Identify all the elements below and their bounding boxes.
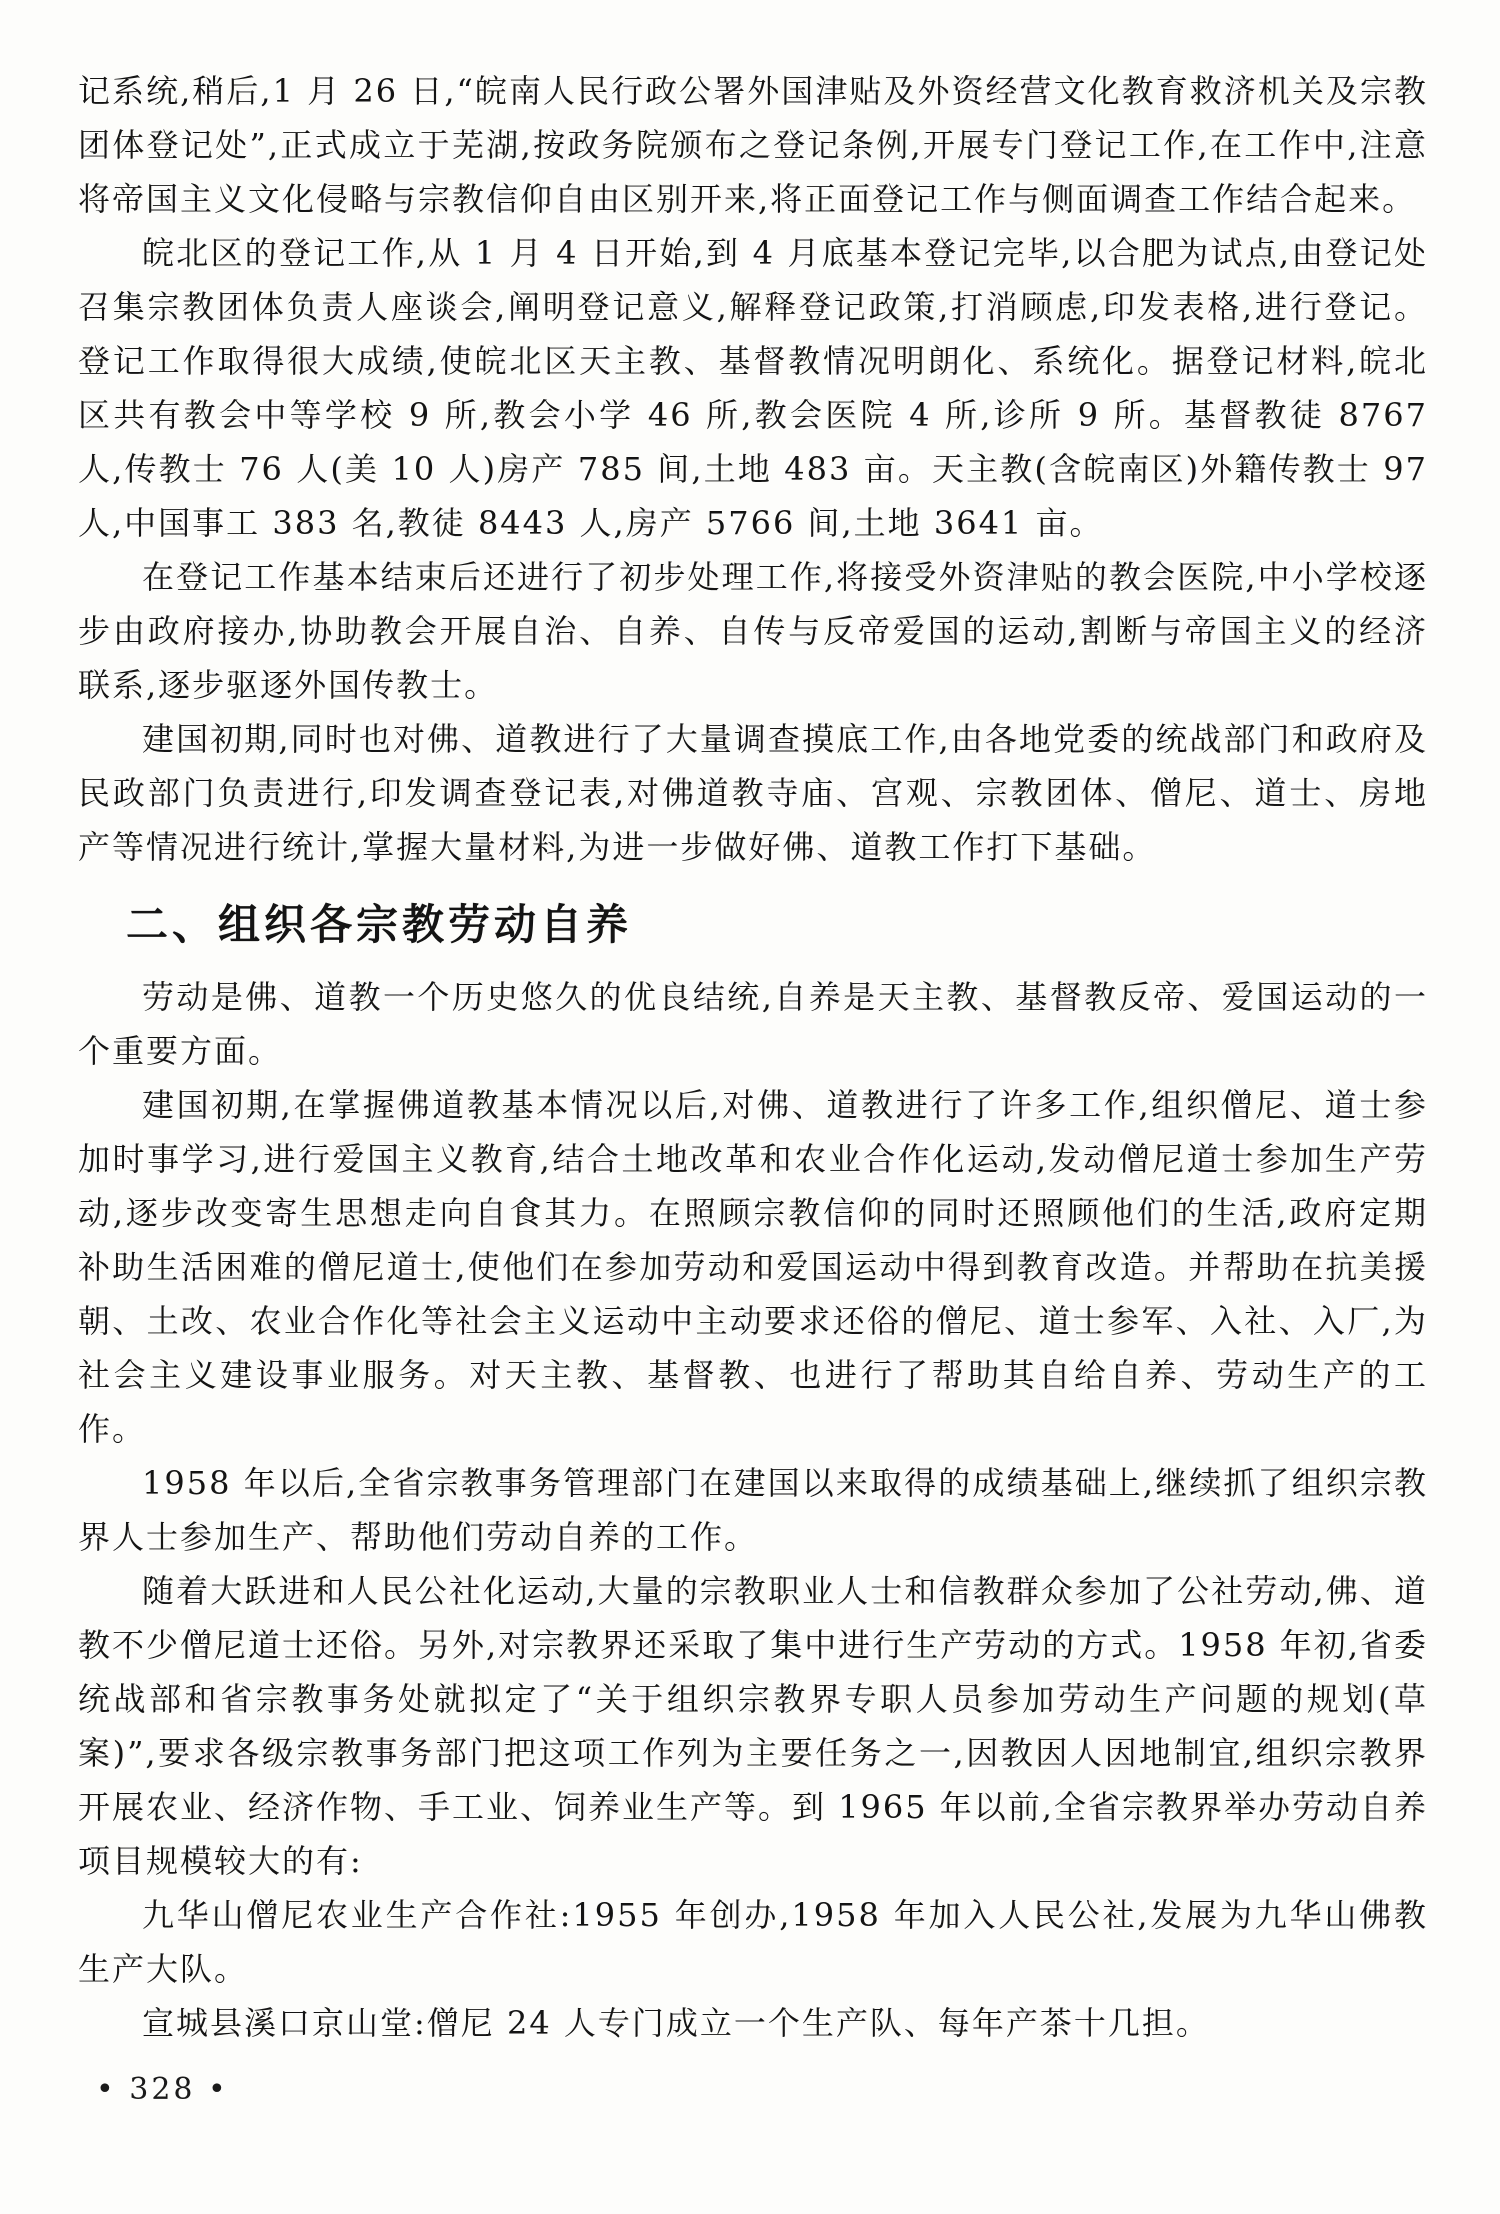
paragraph: 建国初期,同时也对佛、道教进行了大量调查摸底工作,由各地党委的统战部门和政府及民… bbox=[78, 712, 1428, 874]
paragraph: 随着大跃进和人民公社化运动,大量的宗教职业人士和信教群众参加了公社劳动,佛、道教… bbox=[78, 1564, 1428, 1888]
paragraph: 1958 年以后,全省宗教事务管理部门在建国以来取得的成绩基础上,继续抓了组织宗… bbox=[78, 1456, 1428, 1564]
section-heading: 二、组织各宗教劳动自养 bbox=[126, 900, 1428, 950]
paragraph: 九华山僧尼农业生产合作社:1955 年创办,1958 年加入人民公社,发展为九华… bbox=[78, 1888, 1428, 1996]
paragraph: 宣城县溪口京山堂:僧尼 24 人专门成立一个生产队、每年产茶十几担。 bbox=[78, 1996, 1428, 2050]
paragraph: 劳动是佛、道教一个历史悠久的优良结统,自养是天主教、基督教反帝、爱国运动的一个重… bbox=[78, 970, 1428, 1078]
page-number: • 328 • bbox=[96, 2072, 229, 2107]
paragraph-continuation: 记系统,稍后,1 月 26 日,“皖南人民行政公署外国津贴及外资经营文化教育救济… bbox=[78, 64, 1428, 226]
scanned-book-page: 记系统,稍后,1 月 26 日,“皖南人民行政公署外国津贴及外资经营文化教育救济… bbox=[0, 0, 1500, 2214]
paragraph: 皖北区的登记工作,从 1 月 4 日开始,到 4 月底基本登记完毕,以合肥为试点… bbox=[78, 226, 1428, 550]
paragraph: 建国初期,在掌握佛道教基本情况以后,对佛、道教进行了许多工作,组织僧尼、道士参加… bbox=[78, 1078, 1428, 1456]
text-column: 记系统,稍后,1 月 26 日,“皖南人民行政公署外国津贴及外资经营文化教育救济… bbox=[78, 64, 1428, 2050]
paragraph: 在登记工作基本结束后还进行了初步处理工作,将接受外资津贴的教会医院,中小学校逐步… bbox=[78, 550, 1428, 712]
